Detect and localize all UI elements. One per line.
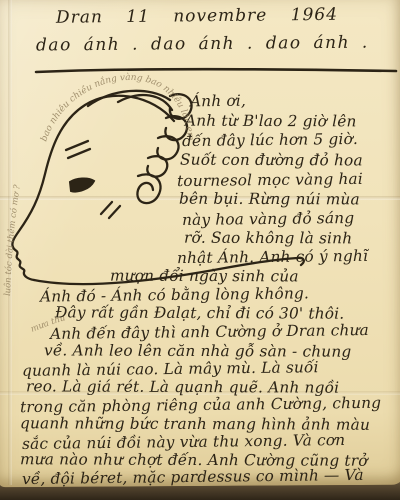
letter-line: nhật Ánh. Anh có ý nghĩ (177, 247, 368, 267)
letter-line: rỡ. Sao không là sinh (184, 229, 352, 248)
marginalia-left-edge: luôn tóc dài thêm có mơ ? (2, 184, 23, 296)
eyebrow-stroke (68, 149, 90, 158)
handdrawn-rule (36, 69, 396, 72)
letter-scan: Dran 11 novembre 1964 dao ánh . dao ánh … (0, 0, 400, 500)
letter-line: bên bụi. Rừng núi mùa (179, 190, 360, 209)
letter-line: Ánh đó - Ánh có bằng lòng không. (40, 284, 309, 305)
svg-text:bao nhiêu chiều nắng vàng bao: bao nhiêu chiều nắng vàng bao nhiêu lần … (39, 72, 195, 143)
marginalia-top-arc: bao nhiêu chiều nắng vàng bao nhiêu lần … (39, 72, 195, 143)
letter-line: tournesol mọc vàng hai (177, 170, 363, 190)
eyebrow-stroke (66, 141, 88, 150)
hatch-mark (101, 202, 112, 214)
letter-line: Suốt con đường đỏ hoa (180, 151, 363, 170)
letter-line: Anh từ B'lao 2 giờ lên (185, 112, 357, 131)
letter-line: reo. Là giá rét. Là quạnh quẽ. Anh ngồi (26, 377, 339, 396)
svg-text:luôn tóc dài thêm có mơ ?: luôn tóc dài thêm có mơ ? (2, 184, 23, 296)
letter-line: Ánh ơi, (190, 92, 246, 111)
letter-line: mượn đổi ngày sinh của (110, 267, 299, 286)
eye-scribble (70, 178, 94, 191)
letter-line: đến đây lúc hơn 5 giờ. (182, 130, 358, 150)
letter-line: Đây rất gần Đalạt, chỉ đi có 30' thôi. (55, 303, 344, 322)
hatch-mark (109, 206, 120, 218)
letter-line: này hoa vàng đỏ sáng (182, 209, 354, 229)
